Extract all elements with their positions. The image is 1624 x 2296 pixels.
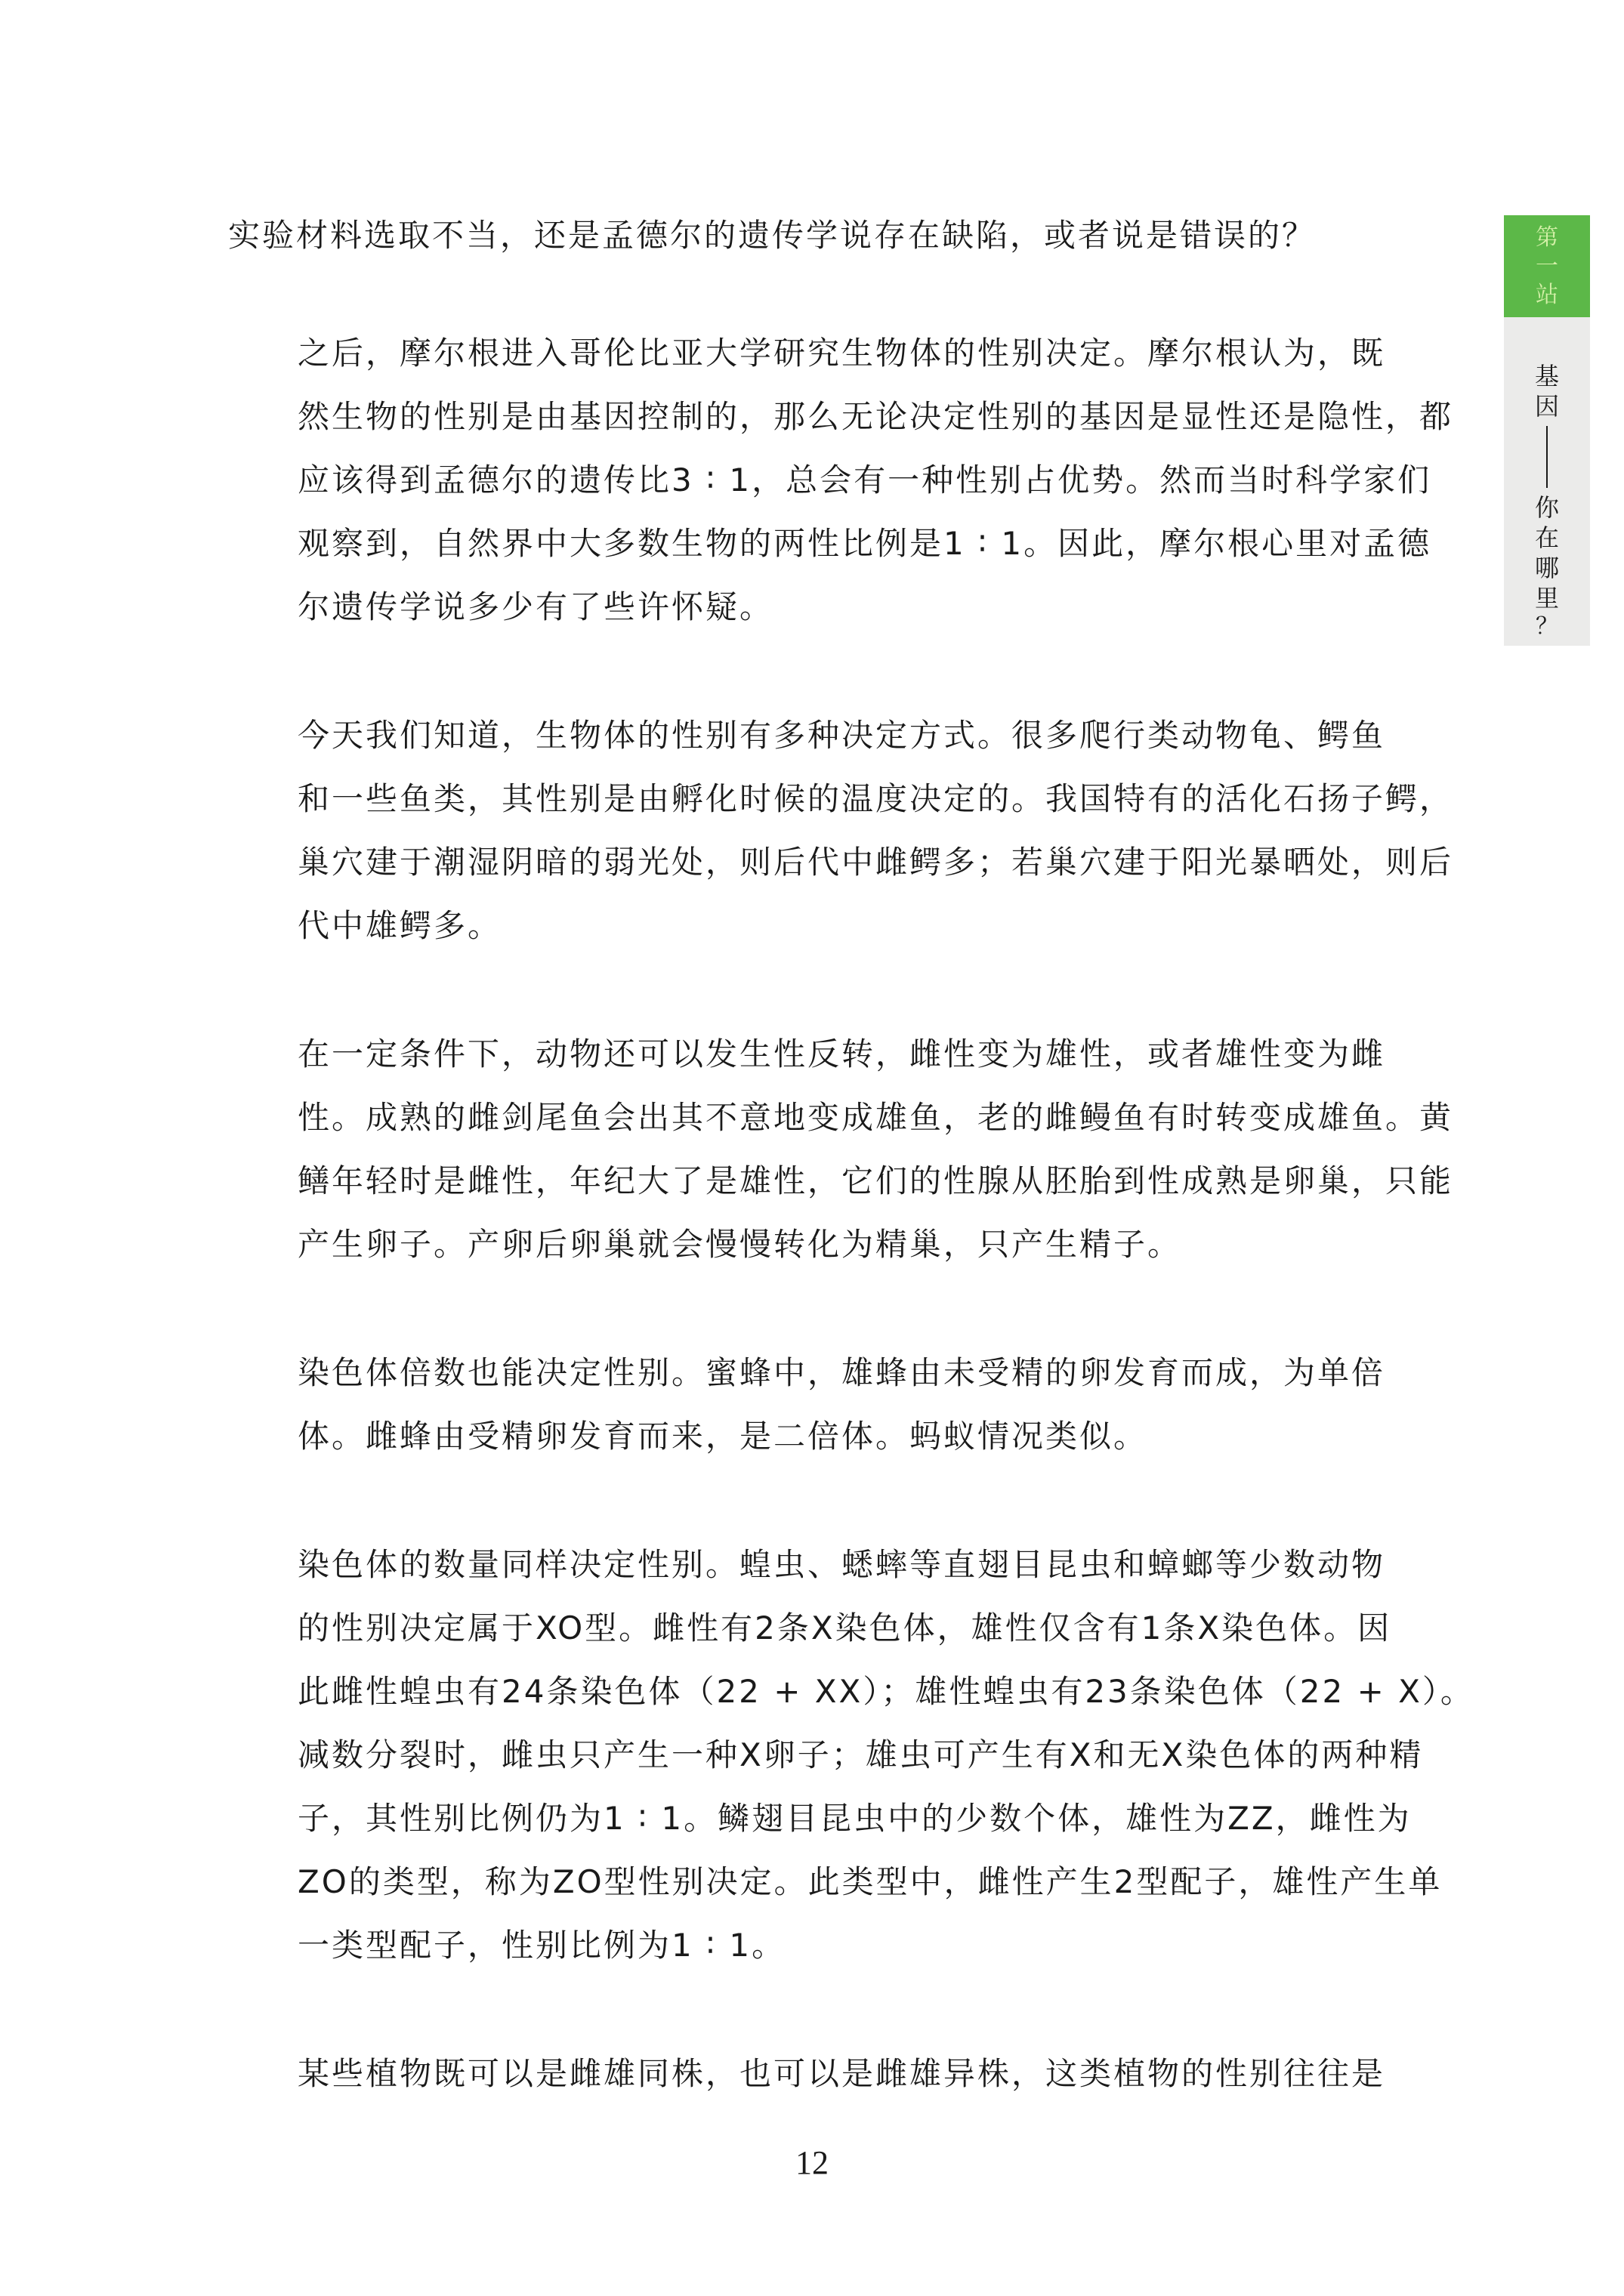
text-line: 的性别决定属于XO型。雌性有2条X染色体，雄性仅含有1条X染色体。因 bbox=[228, 1597, 1414, 1660]
chapter-char: 在 bbox=[1535, 523, 1559, 553]
paragraph-ploidy: 染色体倍数也能决定性别。蜜蜂中，雄蜂由未受精的卵发育而成，为单倍 体。雌蜂由受精… bbox=[228, 1341, 1414, 1468]
text-line: 今天我们知道，生物体的性别有多种决定方式。很多爬行类动物龟、鳄鱼 bbox=[228, 704, 1414, 767]
text-line: 代中雄鳄多。 bbox=[228, 894, 1414, 958]
chapter-question-mark: ？ bbox=[1536, 613, 1558, 640]
text-line: 减数分裂时，雌虫只产生一种X卵子；雄虫可产生有X和无X染色体的两种精 bbox=[228, 1724, 1414, 1787]
text-line: 产生卵子。产卵后卵巢就会慢慢转化为精巢，只产生精子。 bbox=[228, 1213, 1414, 1276]
chapter-char: 因 bbox=[1535, 391, 1559, 421]
text-line: 染色体的数量同样决定性别。蝗虫、蟋蟀等直翅目昆虫和蟑螂等少数动物 bbox=[228, 1533, 1414, 1597]
chapter-char: 基 bbox=[1535, 361, 1559, 391]
chapter-side-tab: 第 一 站 基 因 你 在 哪 里 ？ bbox=[1504, 215, 1590, 646]
text-line: 和一些鱼类，其性别是由孵化时候的温度决定的。我国特有的活化石扬子鳄， bbox=[228, 767, 1414, 831]
text-line: 尔遗传学说多少有了些许怀疑。 bbox=[228, 576, 1414, 639]
chapter-title: 基 因 你 在 哪 里 ？ bbox=[1504, 317, 1590, 646]
text-line: 然生物的性别是由基因控制的，那么无论决定性别的基因是显性还是隐性，都 bbox=[228, 385, 1414, 449]
text-line: 实验材料选取不当，还是孟德尔的遗传学说存在缺陷，或者说是错误的？ bbox=[228, 204, 1414, 267]
chapter-char: 你 bbox=[1535, 492, 1559, 523]
paragraph-temperature: 今天我们知道，生物体的性别有多种决定方式。很多爬行类动物龟、鳄鱼 和一些鱼类，其… bbox=[228, 704, 1414, 958]
text-line: 应该得到孟德尔的遗传比3 ∶ 1，总会有一种性别占优势。然而当时科学家们 bbox=[228, 449, 1414, 512]
section-char: 第 bbox=[1536, 224, 1558, 252]
text-line: 染色体倍数也能决定性别。蜜蜂中，雄蜂由未受精的卵发育而成，为单倍 bbox=[228, 1341, 1414, 1405]
paragraph-sex-reversal: 在一定条件下，动物还可以发生性反转，雌性变为雄性，或者雄性变为雌 性。成熟的雌剑… bbox=[228, 1023, 1414, 1276]
page-number: 12 bbox=[0, 2143, 1624, 2182]
section-char: 一 bbox=[1536, 252, 1558, 281]
text-line: 一类型配子，性别比例为1 ∶ 1。 bbox=[228, 1914, 1414, 1977]
text-line: 巢穴建于潮湿阴暗的弱光处，则后代中雌鳄多；若巢穴建于阳光暴晒处，则后 bbox=[228, 831, 1414, 894]
text-line: ZO的类型，称为ZO型性别决定。此类型中，雌性产生2型配子，雄性产生单 bbox=[228, 1850, 1414, 1914]
paragraph-continuation: 实验材料选取不当，还是孟德尔的遗传学说存在缺陷，或者说是错误的？ bbox=[228, 204, 1414, 267]
text-line: 此雌性蝗虫有24条染色体（22 + XX）；雄性蝗虫有23条染色体（22 + X… bbox=[228, 1660, 1414, 1724]
section-char: 站 bbox=[1536, 281, 1558, 310]
text-line: 子，其性别比例仍为1 ∶ 1。鳞翅目昆虫中的少数个体，雄性为ZZ，雌性为 bbox=[228, 1787, 1414, 1850]
text-line: 性。成熟的雌剑尾鱼会出其不意地变成雄鱼，老的雌鳗鱼有时转变成雄鱼。黄 bbox=[228, 1086, 1414, 1150]
text-line: 观察到，自然界中大多数生物的两性比例是1 ∶ 1。因此，摩尔根心里对孟德 bbox=[228, 512, 1414, 576]
page-body: 实验材料选取不当，还是孟德尔的遗传学说存在缺陷，或者说是错误的？ 之后，摩尔根进… bbox=[228, 204, 1414, 2171]
text-line: 体。雌蜂由受精卵发育而来，是二倍体。蚂蚁情况类似。 bbox=[228, 1405, 1414, 1468]
text-line: 在一定条件下，动物还可以发生性反转，雌性变为雄性，或者雄性变为雌 bbox=[228, 1023, 1414, 1086]
chapter-char: 里 bbox=[1535, 583, 1559, 613]
paragraph-chromosome-number: 染色体的数量同样决定性别。蝗虫、蟋蟀等直翅目昆虫和蟑螂等少数动物 的性别决定属于… bbox=[228, 1533, 1414, 1977]
paragraph-plants: 某些植物既可以是雌雄同株，也可以是雌雄异株，这类植物的性别往往是 bbox=[228, 2042, 1414, 2106]
em-dash-divider bbox=[1546, 426, 1548, 488]
text-line: 鳝年轻时是雌性，年纪大了是雄性，它们的性腺从胚胎到性成熟是卵巢，只能 bbox=[228, 1150, 1414, 1213]
text-line: 之后，摩尔根进入哥伦比亚大学研究生物体的性别决定。摩尔根认为，既 bbox=[228, 322, 1414, 385]
paragraph-morgan-doubt: 之后，摩尔根进入哥伦比亚大学研究生物体的性别决定。摩尔根认为，既 然生物的性别是… bbox=[228, 322, 1414, 639]
section-label: 第 一 站 bbox=[1504, 215, 1590, 317]
text-line: 某些植物既可以是雌雄同株，也可以是雌雄异株，这类植物的性别往往是 bbox=[228, 2042, 1414, 2106]
chapter-char: 哪 bbox=[1535, 553, 1559, 583]
